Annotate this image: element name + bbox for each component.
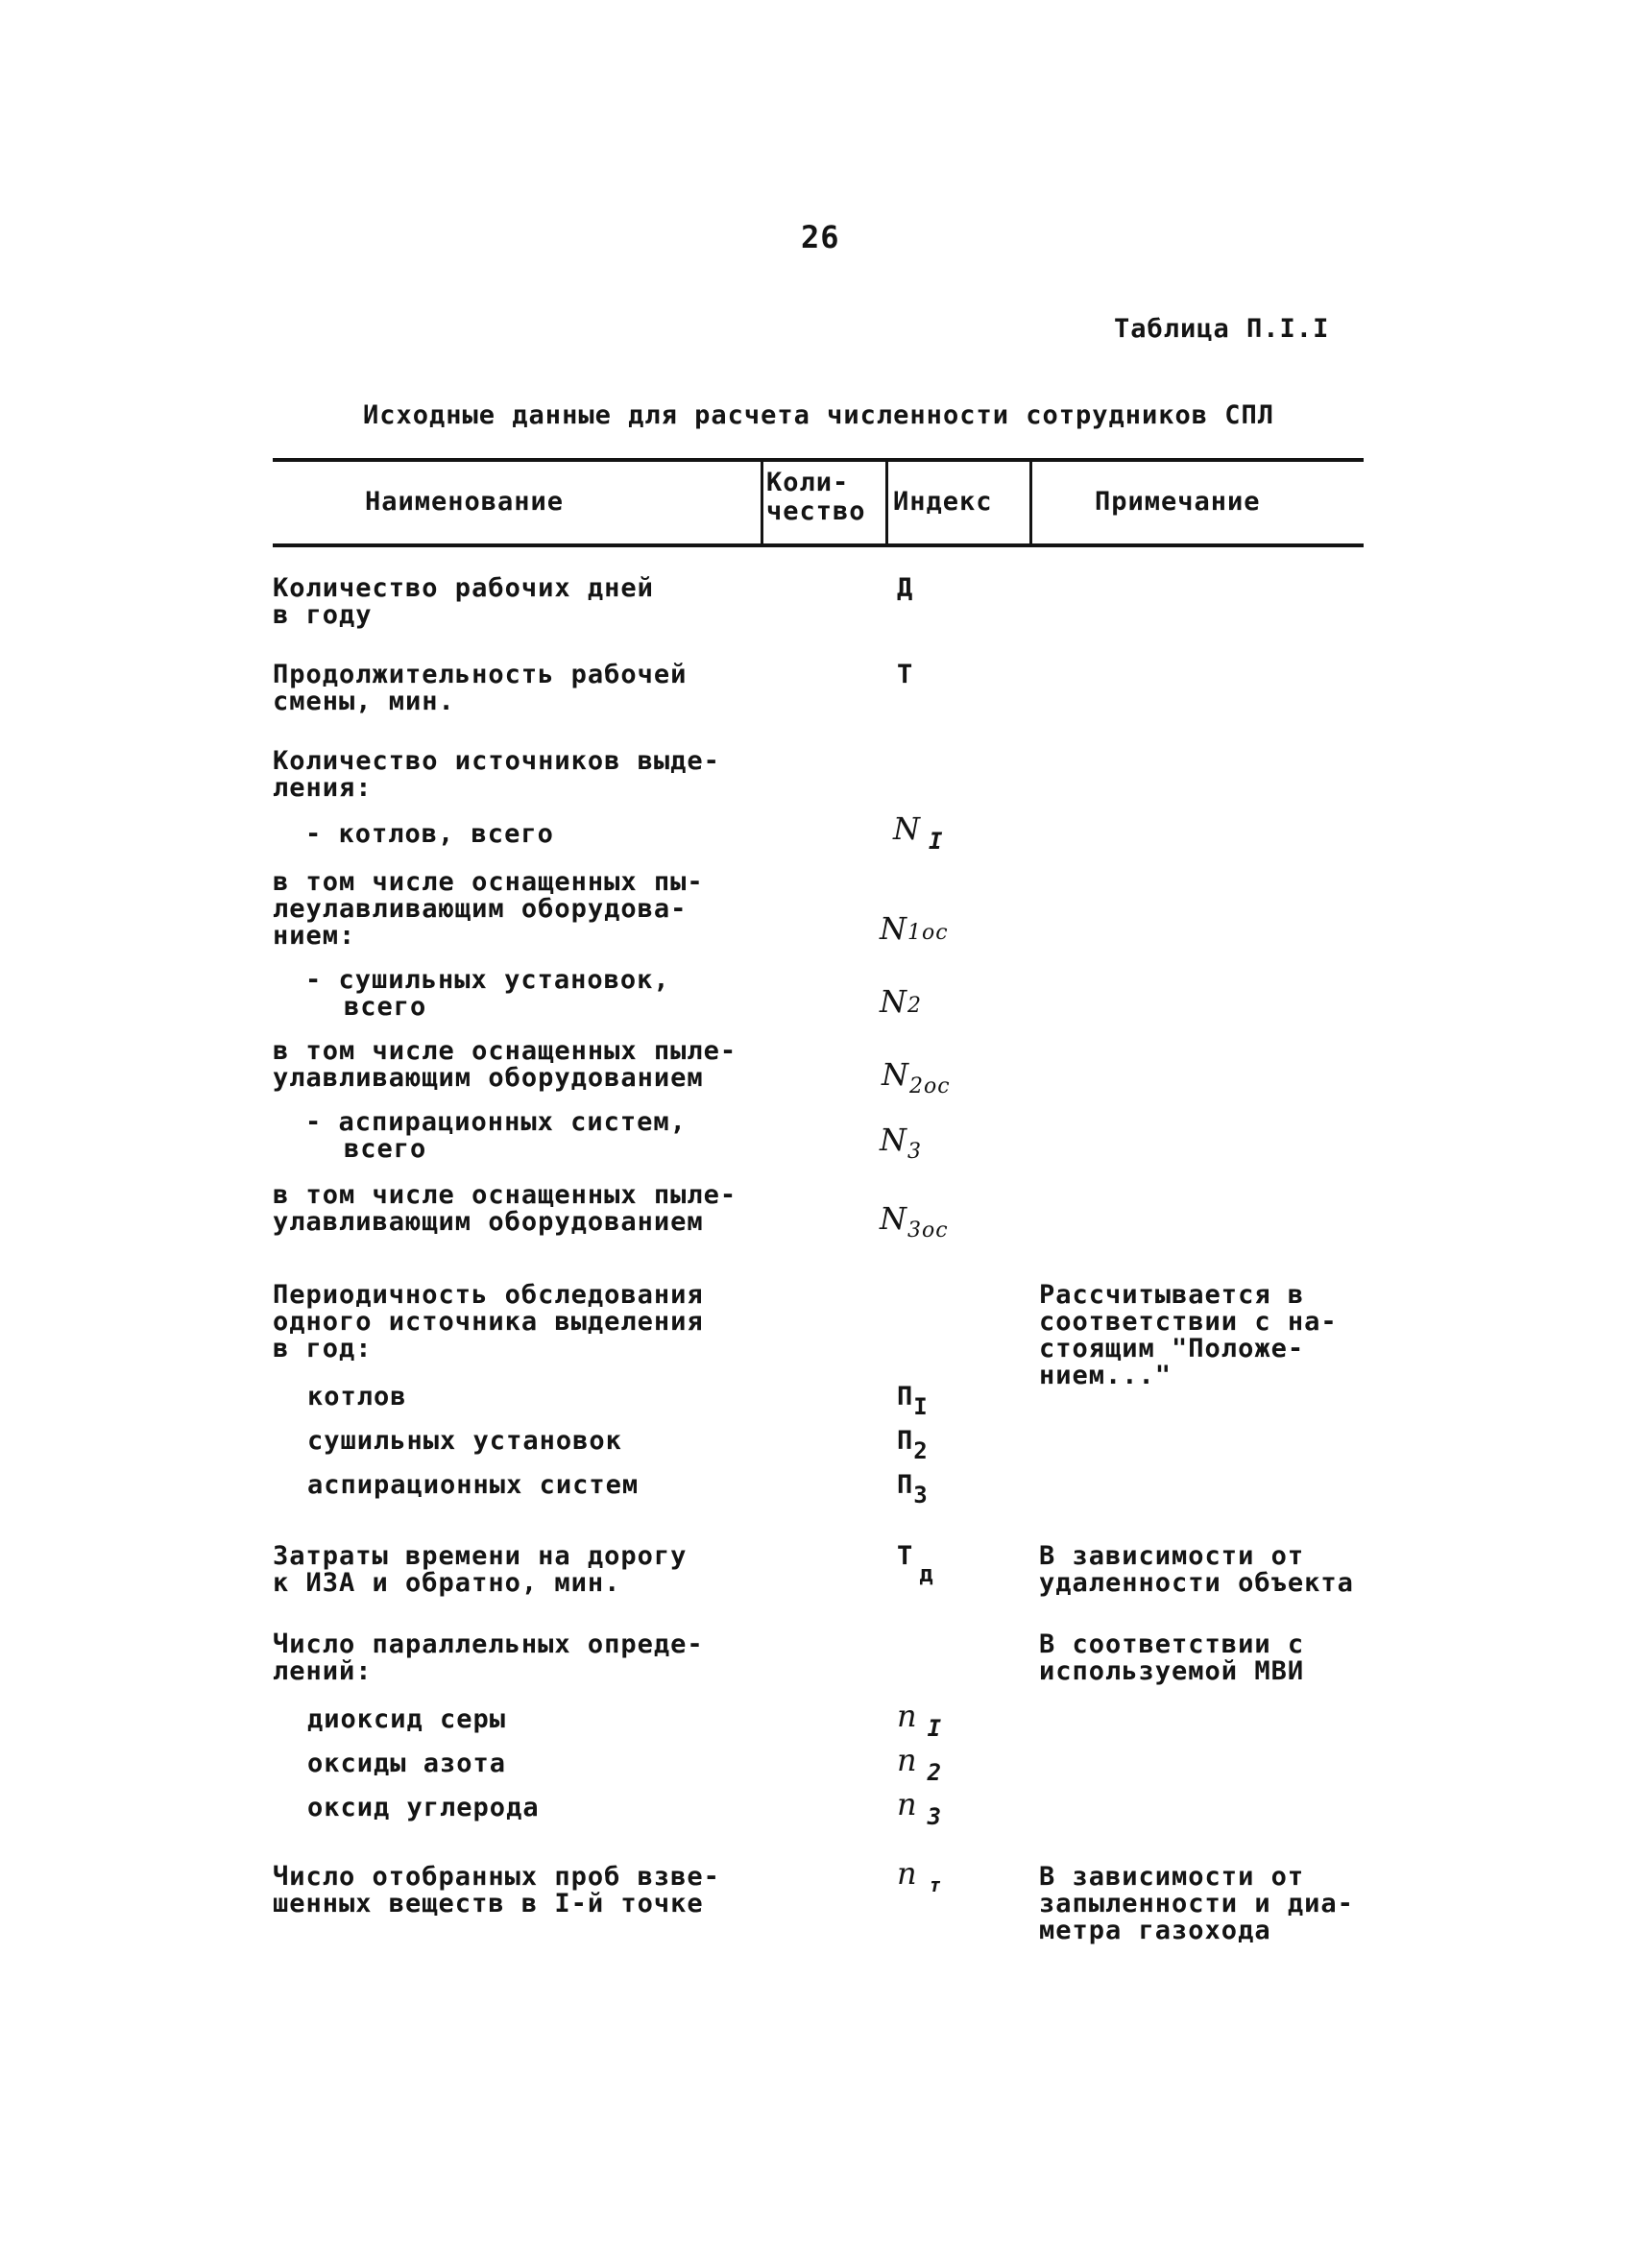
row-name: в том числе оснащенных пы- <box>273 868 704 897</box>
header-name: Наименование <box>365 488 564 517</box>
header-index: Индекс <box>893 488 993 517</box>
header-top-rule <box>273 458 1364 462</box>
row-name: оксид углерода <box>307 1794 540 1822</box>
row-name: улавливающим оборудованием <box>273 1208 704 1237</box>
column-divider <box>761 461 763 545</box>
row-name: - котлов, всего <box>305 820 554 849</box>
row-index: П2 <box>897 1427 929 1456</box>
row-name: оксиды азота <box>307 1749 506 1778</box>
row-name: в году <box>273 601 373 630</box>
row-name: в том числе оснащенных пыле- <box>273 1037 737 1066</box>
row-name: леулавливающим оборудова- <box>273 895 687 924</box>
row-name: Количество рабочих дней <box>273 574 654 603</box>
column-divider <box>1029 461 1032 545</box>
row-name: в том числе оснащенных пыле- <box>273 1181 737 1210</box>
page-number: 26 <box>801 223 840 252</box>
table-label: Таблица П.I.I <box>1114 315 1329 344</box>
row-index: N1ос <box>880 914 949 948</box>
row-name: сушильных установок <box>307 1427 622 1456</box>
row-note: В зависимости от <box>1039 1863 1304 1892</box>
row-name: аспирационных систем <box>307 1471 639 1500</box>
row-name: - сушильных установок, <box>305 966 670 995</box>
row-name: к ИЗА и обратно, мин. <box>273 1569 620 1598</box>
row-index: Т <box>897 661 913 689</box>
row-name: всего <box>344 993 426 1022</box>
row-name: Число параллельных опреде- <box>273 1630 704 1659</box>
row-name: - аспирационных систем, <box>305 1108 687 1137</box>
row-name: Продолжительность рабочей <box>273 661 687 689</box>
row-name: нием: <box>273 922 355 951</box>
row-name: котлов <box>307 1383 407 1411</box>
document-page: 26 Таблица П.I.I Исходные данные для рас… <box>0 0 1644 2268</box>
table-caption: Исходные данные для расчета численности … <box>363 401 1274 430</box>
row-name: смены, мин. <box>273 688 455 716</box>
row-name: улавливающим оборудованием <box>273 1064 704 1093</box>
row-index: Д <box>897 574 913 603</box>
row-index: n3 <box>897 1790 932 1822</box>
row-index: nт <box>897 1859 931 1892</box>
row-index: Тд <box>897 1542 929 1571</box>
row-name: Периодичность обследования <box>273 1281 704 1310</box>
row-index: N2 <box>880 987 922 1021</box>
row-name: диоксид серы <box>307 1705 506 1734</box>
row-name: всего <box>344 1135 426 1164</box>
header-bottom-rule <box>273 543 1364 547</box>
header-qty-line2: чество <box>766 497 866 526</box>
row-index: nI <box>897 1701 932 1733</box>
row-name: шенных веществ в I-й точке <box>273 1890 704 1918</box>
row-index: n2 <box>897 1746 932 1777</box>
row-index: N2ос <box>882 1060 951 1094</box>
row-name: Затраты времени на дорогу <box>273 1542 687 1571</box>
row-note: нием..." <box>1039 1362 1172 1390</box>
row-name: одного источника выделения <box>273 1308 704 1337</box>
column-divider <box>885 461 888 545</box>
row-name: Число отобранных проб взве- <box>273 1863 720 1892</box>
row-note: стоящим "Положе- <box>1039 1335 1304 1363</box>
row-note: Рассчитывается в <box>1039 1281 1304 1310</box>
row-note: соответствии с на- <box>1039 1308 1338 1337</box>
row-note: используемой МВИ <box>1039 1657 1304 1686</box>
row-name: Количество источников выде- <box>273 747 720 776</box>
row-index: ПI <box>897 1383 929 1411</box>
row-index: N3ос <box>880 1204 949 1238</box>
row-name: ления: <box>273 774 373 803</box>
row-note: В соответствии с <box>1039 1630 1304 1659</box>
row-note: запыленности и диа- <box>1039 1890 1354 1918</box>
header-qty-line1: Коли- <box>766 469 849 497</box>
row-index: П3 <box>897 1471 929 1500</box>
row-name: в год: <box>273 1335 373 1363</box>
row-note: В зависимости от <box>1039 1542 1304 1571</box>
header-note: Примечание <box>1095 488 1261 517</box>
row-name: лений: <box>273 1657 373 1686</box>
row-index: NI <box>893 814 935 846</box>
row-note: метра газохода <box>1039 1917 1271 1945</box>
row-index: N3 <box>880 1125 922 1159</box>
row-note: удаленности объекта <box>1039 1569 1354 1598</box>
